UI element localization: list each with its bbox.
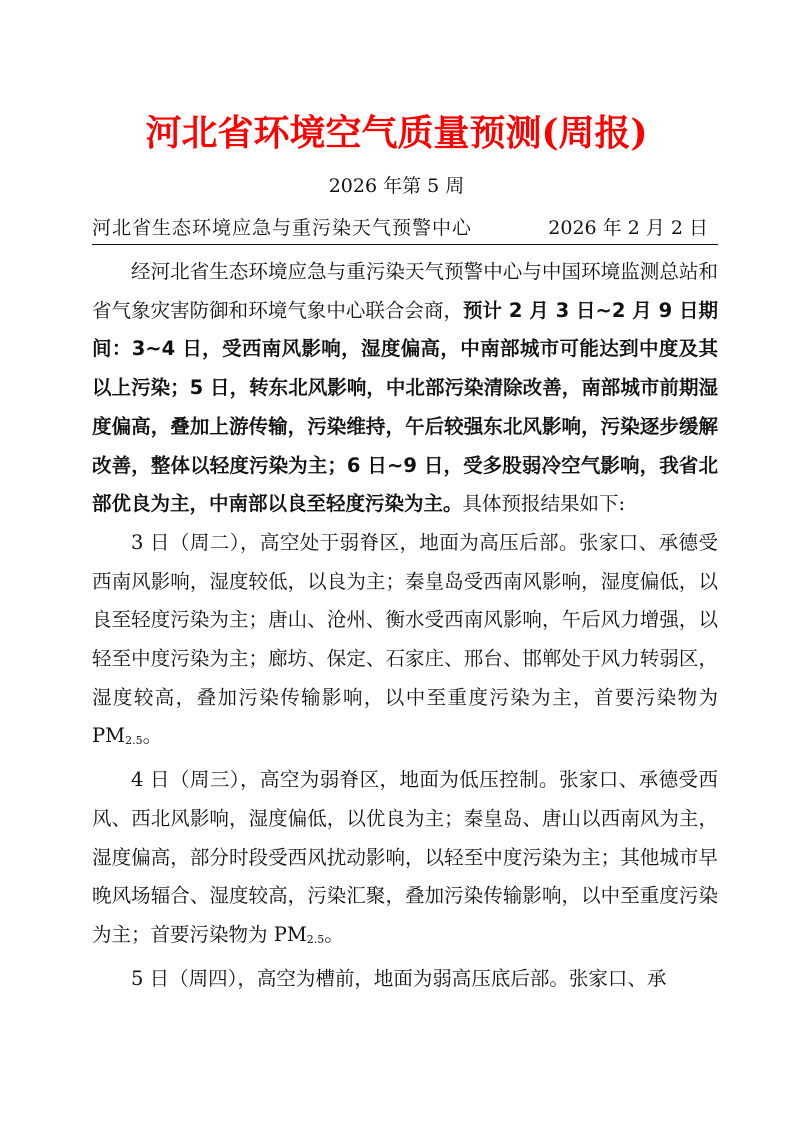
- issue-number: 2026 年第 5 周: [0, 172, 793, 200]
- document-page: 河北省环境空气质量预测(周报) 2026 年第 5 周 河北省生态环境应急与重污…: [0, 0, 793, 1122]
- issue-date: 2026 年 2 月 2 日: [548, 214, 708, 242]
- intro-paragraph: 经河北省生态环境应急与重污染天气预警中心与中国环境监测总站和省气象灾害防御和环境…: [92, 253, 718, 524]
- document-body: 经河北省生态环境应急与重污染天气预警中心与中国环境监测总站和省气象灾害防御和环境…: [92, 253, 718, 998]
- intro-forecast-summary: 预计 2 月 3 日~2 月 9 日期间：3~4 日，受西南风影响，湿度偏高，中…: [92, 299, 718, 516]
- header-divider: [92, 244, 718, 245]
- day3-end: 。: [143, 724, 163, 747]
- day5-text: 5 日（周四），高空为槽前，地面为弱高压底后部。张家口、承: [131, 967, 666, 990]
- day5-paragraph: 5 日（周四），高空为槽前，地面为弱高压底后部。张家口、承: [92, 960, 718, 999]
- day4-pm-subscript: 2.5: [307, 933, 325, 946]
- day3-pm-subscript: 2.5: [125, 734, 143, 747]
- day4-text: 4 日（周三），高空为弱脊区，地面为低压控制。张家口、承德受西风、西北风影响，湿…: [92, 768, 718, 946]
- day3-text: 3 日（周二），高空处于弱脊区，地面为高压后部。张家口、承德受西南风影响，湿度较…: [92, 531, 718, 748]
- header-line: 河北省生态环境应急与重污染天气预警中心 2026 年 2 月 2 日: [92, 214, 718, 242]
- day4-end: 。: [324, 923, 344, 946]
- intro-tail: 具体预报结果如下:: [463, 492, 626, 515]
- day3-paragraph: 3 日（周二），高空处于弱脊区，地面为高压后部。张家口、承德受西南风影响，湿度较…: [92, 524, 718, 761]
- day4-paragraph: 4 日（周三），高空为弱脊区，地面为低压控制。张家口、承德受西风、西北风影响，湿…: [92, 761, 718, 960]
- issuing-organization: 河北省生态环境应急与重污染天气预警中心: [92, 214, 472, 242]
- document-title: 河北省环境空气质量预测(周报): [0, 108, 793, 158]
